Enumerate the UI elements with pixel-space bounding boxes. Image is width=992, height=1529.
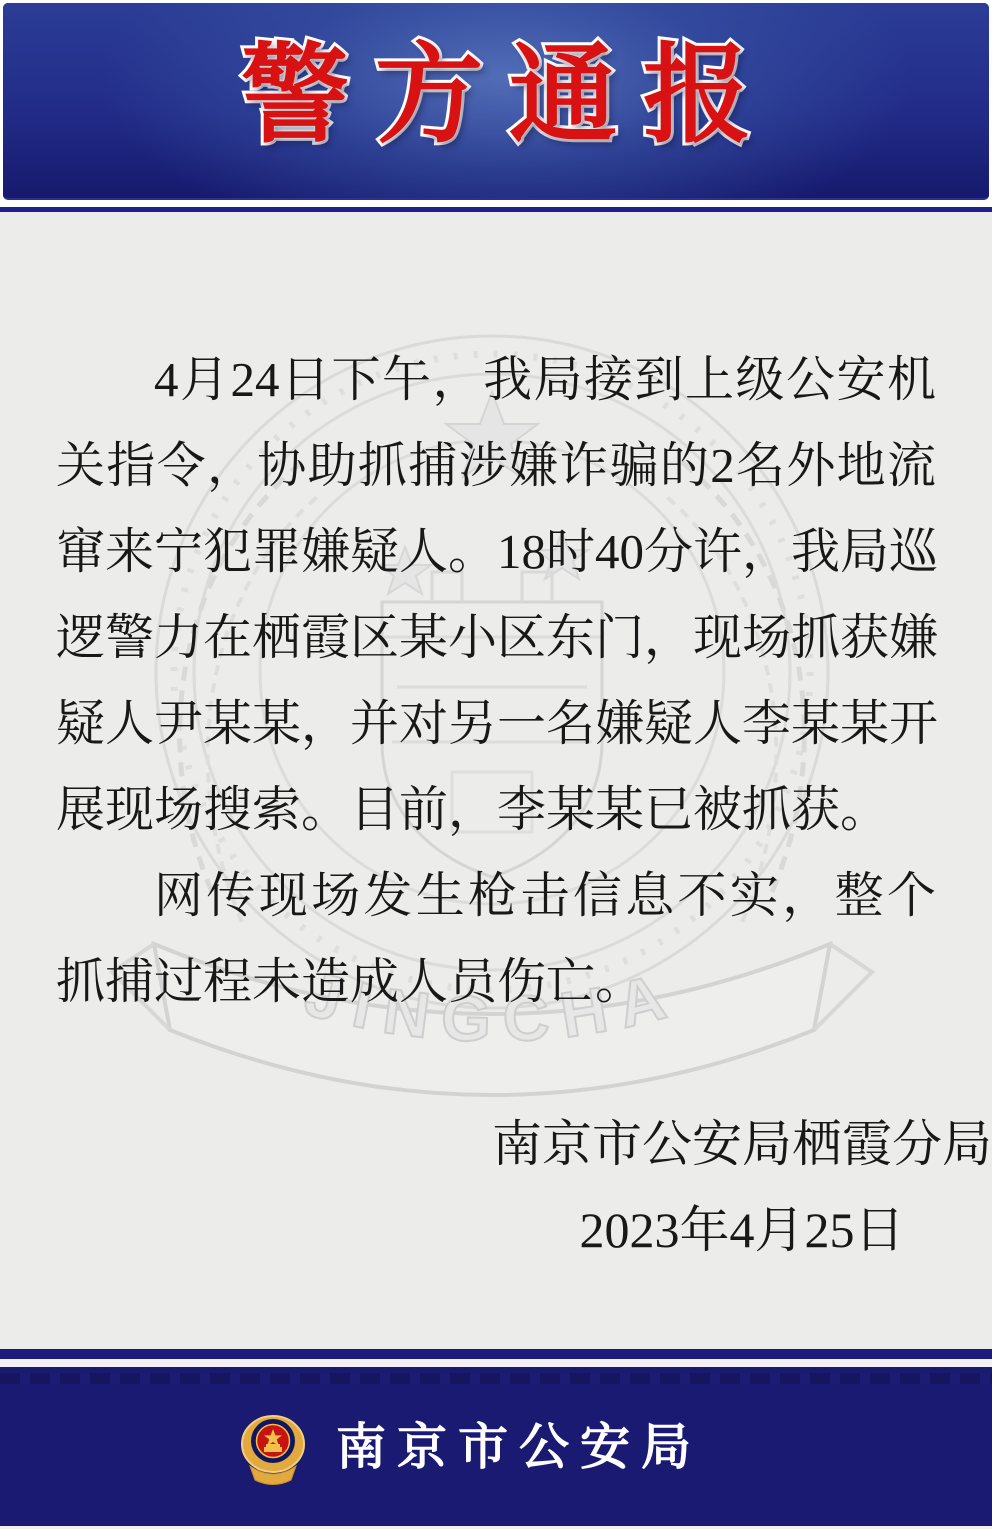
police-badge-icon: [240, 1408, 306, 1486]
header-banner: 警方通报: [3, 3, 989, 200]
footer-agency: 南京市公安局: [336, 1422, 702, 1472]
body-line: 网传现场发生枪击信息不实，整个: [56, 853, 936, 939]
footer-stripe-navy: [0, 1349, 992, 1359]
signature-date: 2023年4月25日: [492, 1187, 992, 1273]
body-line: 展现场搜索。目前，李某某已被抓获。: [56, 767, 936, 853]
body-line: 4月24日下午，我局接到上级公安机: [56, 337, 936, 423]
body-line: 关指令，协助抓捕涉嫌诈骗的2名外地流: [56, 423, 936, 509]
notice-body: JINGCHA 4月24日下午，我局接到上级公安机关指令，协助抓捕涉嫌诈骗的2名…: [0, 212, 992, 1349]
body-line: 疑人尹某某，并对另一名嫌疑人李某某开: [56, 681, 936, 767]
footer-bar: 南京市公安局: [0, 1367, 992, 1526]
footer-stripe-white: [0, 1359, 992, 1367]
body-line: 窜来宁犯罪嫌疑人。18时40分许，我局巡: [56, 509, 936, 595]
footer-content: 南京市公安局: [240, 1408, 702, 1486]
notice-title: 警方通报: [241, 41, 777, 161]
body-line: 逻警力在栖霞区某小区东门，现场抓获嫌: [56, 595, 936, 681]
signature-agency: 南京市公安局栖霞分局: [492, 1101, 992, 1187]
signature-block: 南京市公安局栖霞分局 2023年4月25日: [492, 1101, 992, 1273]
police-notice-page: 警方通报: [0, 0, 992, 1529]
body-line: 抓捕过程未造成人员伤亡。: [56, 939, 936, 1025]
paragraphs: 4月24日下午，我局接到上级公安机关指令，协助抓捕涉嫌诈骗的2名外地流窜来宁犯罪…: [0, 212, 992, 1025]
